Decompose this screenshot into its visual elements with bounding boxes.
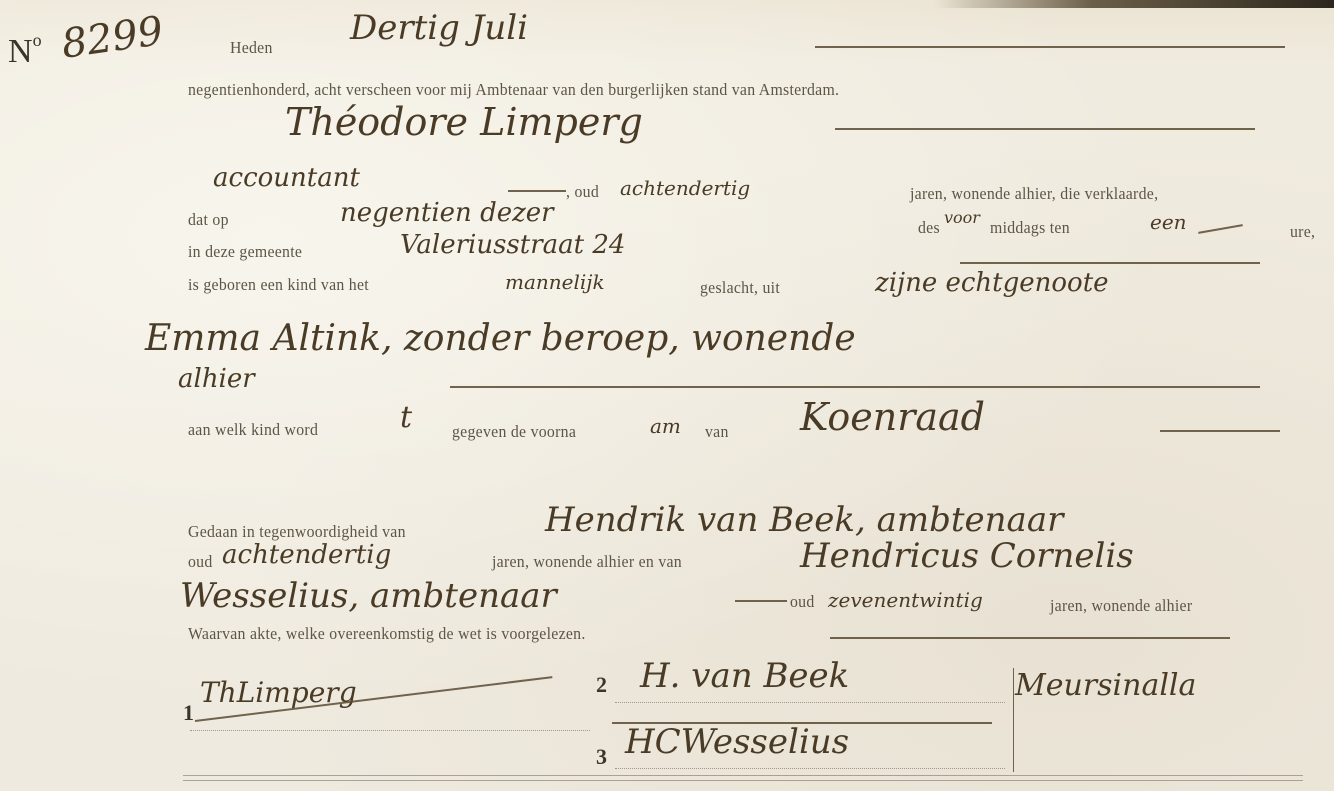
signature-witness1: H. van Beek	[640, 656, 849, 696]
printed-oud-1: , oud	[566, 182, 599, 202]
handwritten-mother-intro: zijne echtgenoote	[875, 268, 1109, 298]
fill-rule	[830, 637, 1230, 639]
record-label-o: o	[33, 30, 42, 50]
printed-geslacht-uit: geslacht, uit	[700, 278, 780, 298]
printed-oud-2: oud	[188, 552, 213, 572]
handwritten-address: Valeriusstraat 24	[400, 230, 625, 260]
signature-line-1	[190, 730, 590, 731]
handwritten-word-suffix: t	[400, 400, 412, 435]
printed-jaren-3: jaren, wonende alhier	[1050, 596, 1192, 616]
handwritten-date: Dertig Juli	[350, 8, 528, 48]
printed-aan-welk-kind: aan welk kind word	[188, 420, 318, 440]
printed-heden: Heden	[230, 38, 273, 58]
handwritten-declarant-age: achtendertig	[620, 176, 750, 200]
bottom-rule-2	[183, 780, 1303, 781]
signature-number-3: 3	[596, 744, 607, 770]
printed-is-geboren: is geboren een kind van het	[188, 275, 369, 295]
printed-jaren-1: jaren, wonende alhier, die verklaarde,	[910, 184, 1158, 204]
printed-in-deze-gemeente: in deze gemeente	[188, 242, 302, 262]
signature-witness2: HCWesselius	[625, 722, 849, 762]
handwritten-witness1: Hendrik van Beek, ambtenaar	[545, 500, 1063, 540]
fill-rule	[735, 600, 787, 602]
handwritten-occupation: accountant	[213, 163, 360, 193]
signature-line-3	[615, 768, 1005, 769]
printed-middags-ten: middags ten	[990, 218, 1070, 238]
printed-line-1: negentienhonderd, acht verscheen voor mi…	[188, 80, 839, 100]
handwritten-mother-residence: alhier	[178, 364, 255, 394]
fill-rule	[835, 128, 1255, 130]
signature-number-1: 1	[183, 700, 194, 726]
fill-rule	[1160, 430, 1280, 432]
bottom-rule-1	[183, 775, 1303, 776]
record-number: 8299	[59, 8, 166, 68]
printed-waarvan: Waarvan akte, welke overeenkomstig de we…	[188, 624, 586, 644]
signature-number-2: 2	[596, 672, 607, 698]
fill-rule	[508, 190, 566, 192]
handwritten-witness1-age: achtendertig	[222, 540, 391, 570]
handwritten-sex: mannelijk	[505, 270, 605, 294]
handwritten-witness2-last: Wesselius, ambtenaar	[180, 576, 557, 616]
handwritten-witness2-age: zevenentwintig	[828, 588, 983, 612]
printed-gedaan: Gedaan in tegenwoordigheid van	[188, 522, 406, 542]
handwritten-time-prefix: voor	[944, 208, 980, 227]
printed-jaren-2: jaren, wonende alhier en van	[492, 552, 682, 572]
handwritten-voornaam-suffix: am	[650, 414, 681, 438]
record-number-label: No	[8, 30, 42, 71]
printed-gegeven: gegeven de voorna	[452, 422, 576, 442]
fill-rule	[1198, 224, 1243, 234]
scan-edge-shadow	[0, 0, 1334, 8]
signature-line-2	[615, 702, 1005, 703]
fill-rule	[450, 386, 1260, 388]
handwritten-witness2-first: Hendricus Cornelis	[800, 536, 1134, 576]
handwritten-child-name: Koenraad	[800, 395, 985, 439]
fill-rule	[815, 46, 1285, 48]
printed-des: des	[918, 218, 940, 238]
record-label-n: N	[8, 33, 33, 70]
handwritten-hour: een	[1150, 210, 1187, 234]
printed-ure: ure,	[1290, 222, 1315, 242]
handwritten-mother-line: Emma Altink, zonder beroep, wonende	[145, 318, 856, 359]
handwritten-declarant-name: Théodore Limperg	[285, 100, 643, 144]
signature-bracket	[985, 668, 1014, 772]
fill-rule	[960, 262, 1260, 264]
handwritten-birth-date: negentien dezer	[340, 198, 554, 228]
printed-dat-op: dat op	[188, 210, 229, 230]
printed-van: van	[705, 422, 729, 442]
official-signature: Meursinalla	[1015, 668, 1196, 703]
printed-oud-3: oud	[790, 592, 815, 612]
birth-certificate-page: No 8299 Heden Dertig Juli negentienhonde…	[0, 0, 1334, 791]
